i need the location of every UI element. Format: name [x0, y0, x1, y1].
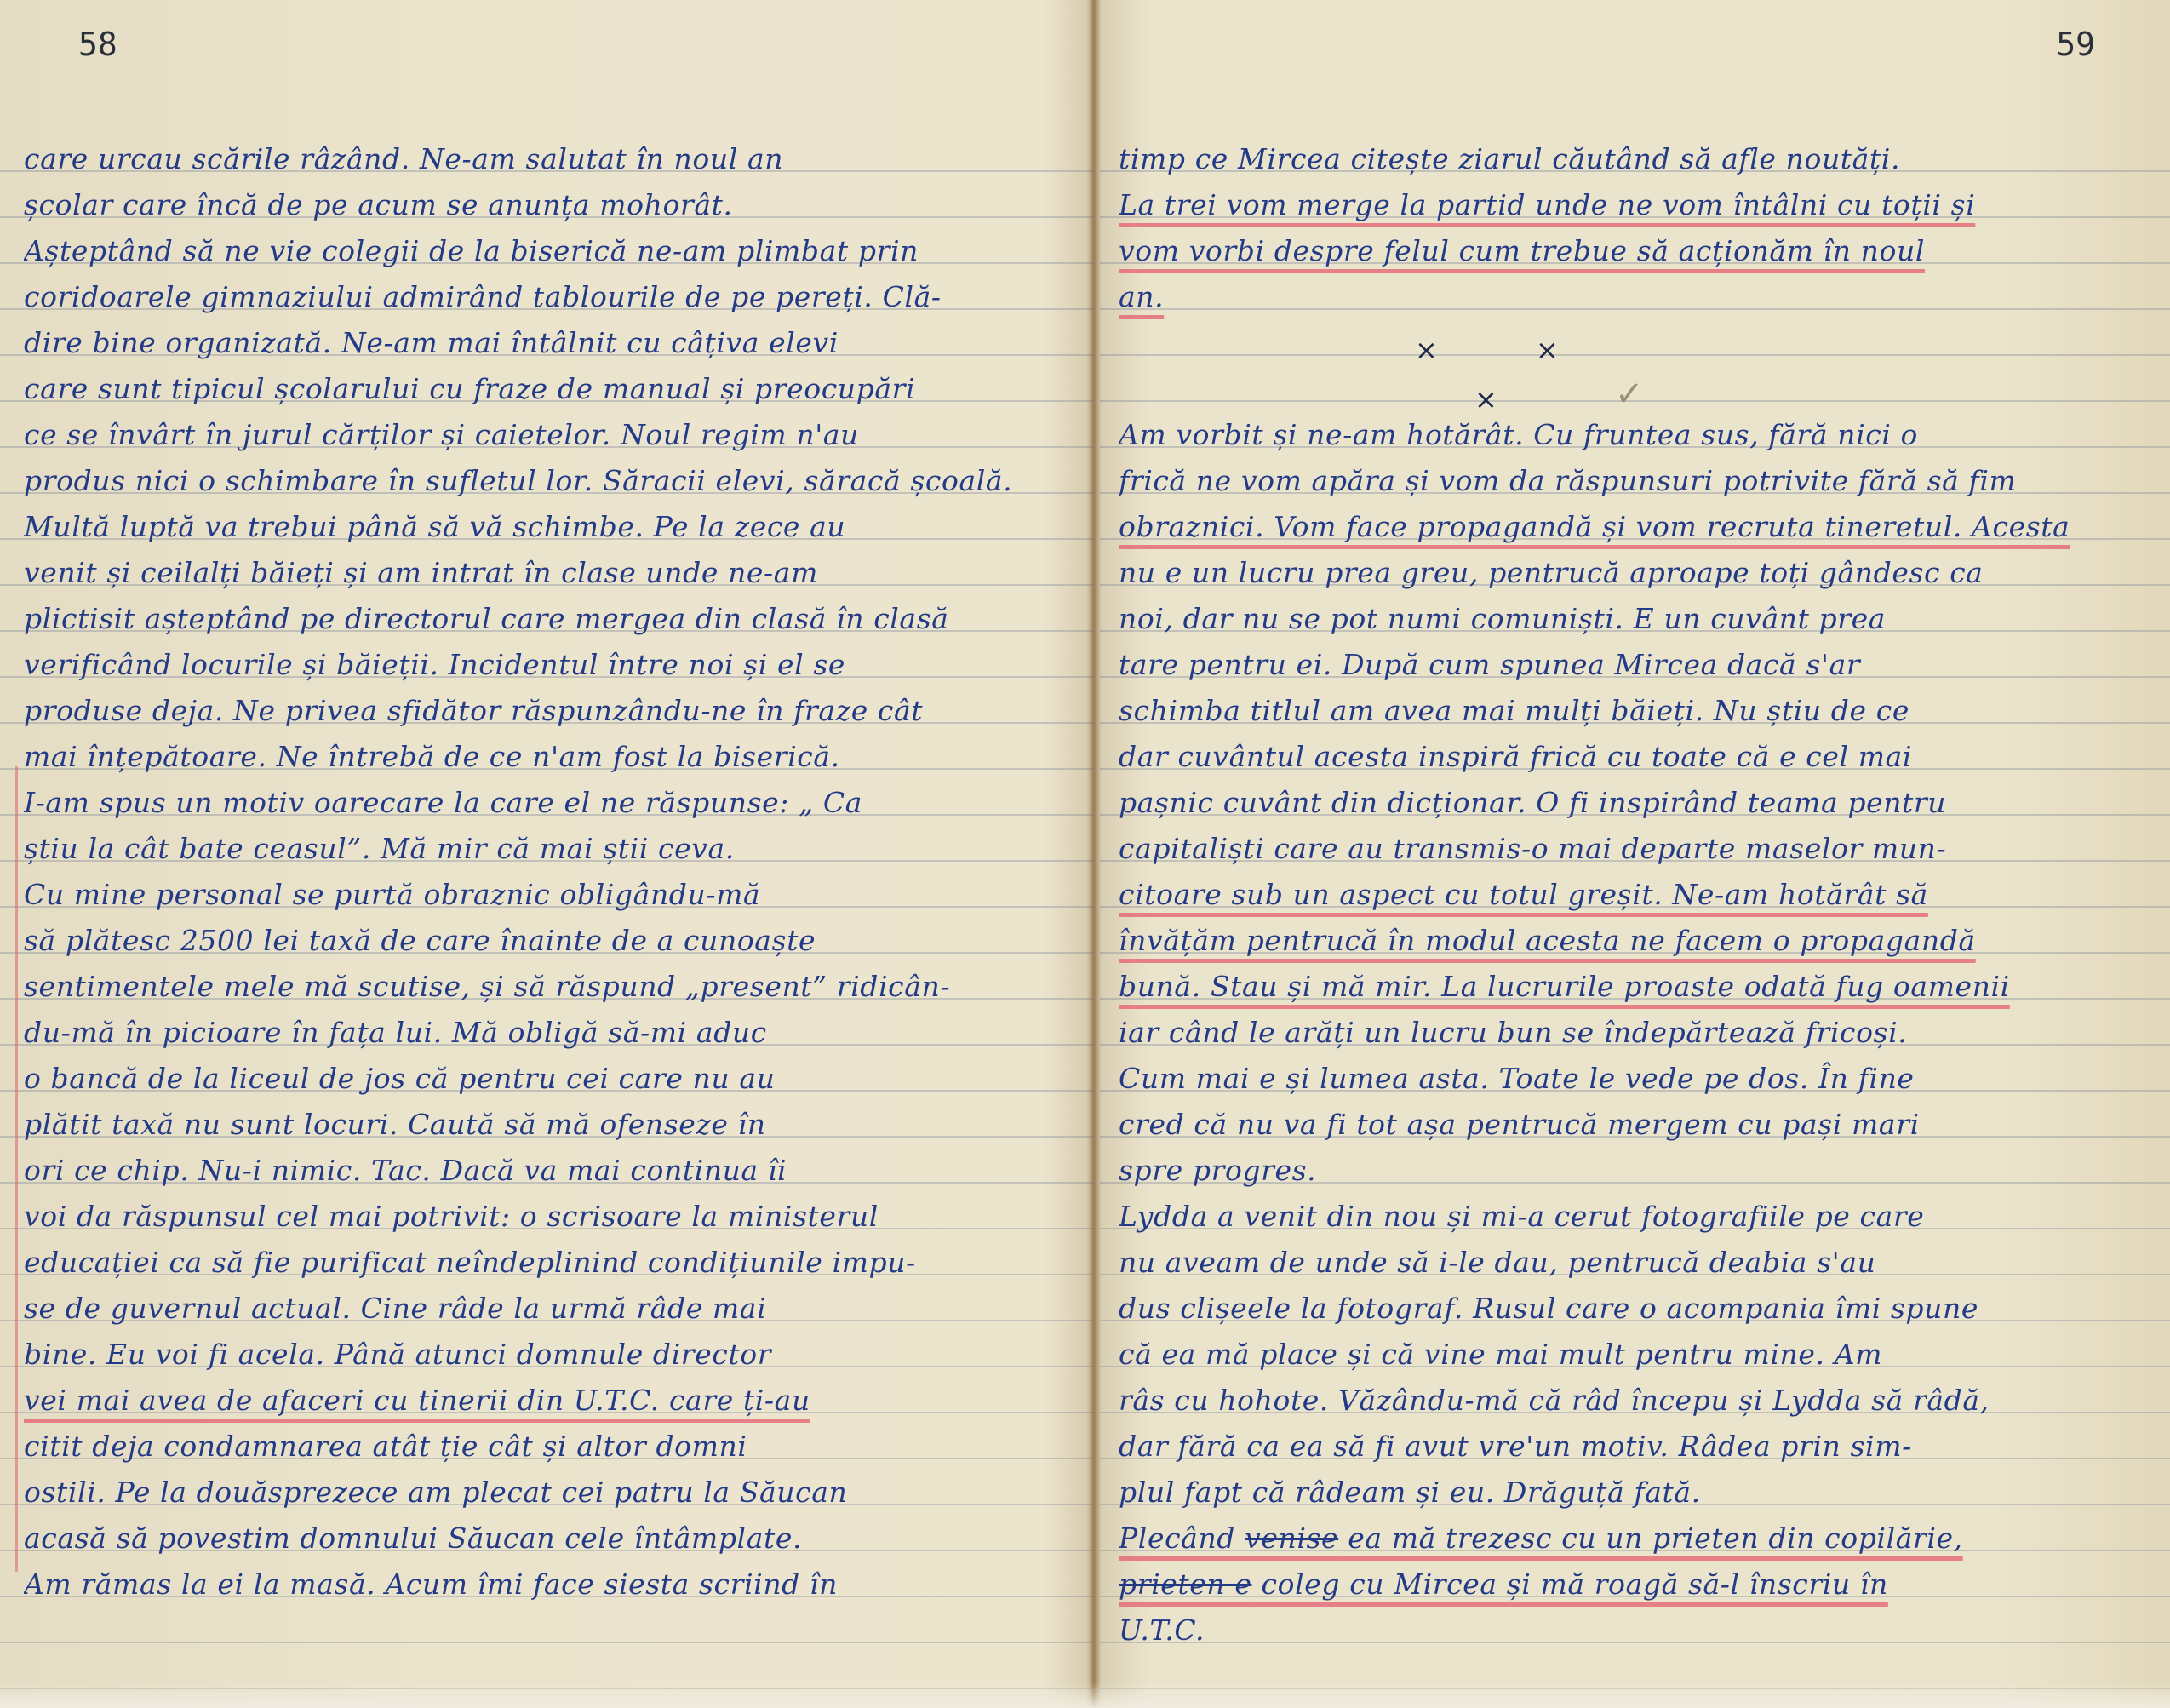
line-text: dus clișeele la fotograf. Rusul care o a…: [1119, 1292, 1978, 1325]
line-text: venit și ceilalți băieți și am intrat în…: [24, 556, 818, 589]
text-line: citit deja condamnarea atât ție cât și a…: [24, 1424, 1068, 1470]
line-text: bine. Eu voi fi acela. Până atunci domnu…: [24, 1338, 771, 1371]
line-text: nu aveam de unde să i-le dau, pentrucă d…: [1119, 1246, 1875, 1279]
text-line: dus clișeele la fotograf. Rusul care o a…: [1119, 1286, 2139, 1332]
line-text: obraznici. Vom face propagandă și vom re…: [1119, 510, 2070, 543]
text-line: se de guvernul actual. Cine râde la urmă…: [24, 1286, 1068, 1332]
line-text: sentimentele mele mă scutise, și să răsp…: [24, 970, 950, 1003]
text-line: râs cu hohote. Văzându-mă că râd începu …: [1119, 1378, 2139, 1424]
page-number: 58: [78, 26, 117, 63]
line-text: plictisit așteptând pe directorul care m…: [24, 602, 949, 635]
text-line: învățăm pentrucă în modul acesta ne face…: [1119, 918, 2139, 964]
line-text: învățăm pentrucă în modul acesta ne face…: [1119, 924, 1976, 957]
line-text: ce se învârt în jurul cărților și caiete…: [24, 418, 859, 451]
text-line: produse deja. Ne privea sfidător răspunz…: [24, 688, 1068, 734]
line-text: bună. Stau și mă mir. La lucrurile proas…: [1119, 970, 2010, 1003]
text-line: bună. Stau și mă mir. La lucrurile proas…: [1119, 964, 2139, 1010]
checkmark-icon: ✓: [1615, 375, 1644, 414]
text-line: Plecând venise ea mă trezesc cu un priet…: [1119, 1516, 2139, 1562]
line-text: U.T.C.: [1119, 1613, 1205, 1647]
line-text: educației ca să fie purificat neîndeplin…: [24, 1246, 916, 1279]
text-line: prieten e coleg cu Mircea și mă roagă să…: [1119, 1562, 2139, 1608]
struck-word: prieten e: [1119, 1568, 1251, 1601]
left-page: 58 care urcau scările râzând. Ne-am salu…: [0, 0, 1094, 1708]
line-text: să plătesc 2500 lei taxă de care înainte…: [24, 924, 816, 957]
text-line: școlar care încă de pe acum se anunța mo…: [24, 182, 1068, 228]
text-line: Lydda a venit din nou și mi-a cerut foto…: [1119, 1194, 2139, 1240]
separator-mark: ×: [1474, 383, 1497, 416]
text-line: că ea mă place și că vine mai mult pentr…: [1119, 1332, 2139, 1378]
text-line: verificând locurile și băieții. Incident…: [24, 642, 1068, 688]
text-line: dire bine organizată. Ne-am mai întâlnit…: [24, 320, 1068, 366]
text-line: obraznici. Vom face propagandă și vom re…: [1119, 504, 2139, 550]
text-line: capitaliști care au transmis-o mai depar…: [1119, 826, 2139, 872]
line-text: Plecând venise ea mă trezesc cu un priet…: [1119, 1522, 1963, 1555]
line-text: pașnic cuvânt din dicționar. O fi inspir…: [1119, 786, 1946, 819]
line-text: iar când le arăți un lucru bun se îndepă…: [1119, 1016, 1907, 1049]
line-text: plul fapt că râdeam și eu. Drăguță fată.: [1119, 1476, 1701, 1509]
text-line: bine. Eu voi fi acela. Până atunci domnu…: [24, 1332, 1068, 1378]
line-text: mai înțepătoare. Ne întrebă de ce n'am f…: [24, 740, 840, 773]
line-text: ostili. Pe la douăsprezece am plecat cei…: [24, 1476, 847, 1509]
text-line: Am vorbit și ne-am hotărât. Cu fruntea s…: [1119, 412, 2139, 458]
line-text: Am rămas la ei la masă. Acum îmi face si…: [24, 1568, 838, 1601]
handwritten-text: timp ce Mircea citește ziarul căutând să…: [1119, 136, 2139, 1654]
line-text: spre progres.: [1119, 1154, 1316, 1187]
text-line: Așteptând să ne vie colegii de la biseri…: [24, 228, 1068, 274]
line-text: du-mă în picioare în fața lui. Mă obligă…: [24, 1016, 767, 1049]
line-text: Multă luptă va trebui până să vă schimbe…: [24, 510, 845, 543]
text-line: dar cuvântul acesta inspiră frică cu toa…: [1119, 734, 2139, 780]
text-line: timp ce Mircea citește ziarul căutând să…: [1119, 136, 2139, 182]
line-text: verificând locurile și băieții. Incident…: [24, 648, 845, 681]
text-line: acasă să povestim domnului Săucan cele î…: [24, 1516, 1068, 1562]
text-line: Am rămas la ei la masă. Acum îmi face si…: [24, 1562, 1068, 1608]
text-line: venit și ceilalți băieți și am intrat în…: [24, 550, 1068, 596]
text-line: [1119, 320, 2139, 366]
line-text: o bancă de la liceul de jos că pentru ce…: [24, 1062, 775, 1095]
text-line: mai înțepătoare. Ne întrebă de ce n'am f…: [24, 734, 1068, 780]
text-line: care urcau scările râzând. Ne-am salutat…: [24, 136, 1068, 182]
text-line: sentimentele mele mă scutise, și să răsp…: [24, 964, 1068, 1010]
text-line: La trei vom merge la partid unde ne vom …: [1119, 182, 2139, 228]
text-line: vei mai avea de afaceri cu tinerii din U…: [24, 1378, 1068, 1424]
text-line: pașnic cuvânt din dicționar. O fi inspir…: [1119, 780, 2139, 826]
line-text: nu e un lucru prea greu, pentrucă aproap…: [1119, 556, 1984, 589]
line-text: citit deja condamnarea atât ție cât și a…: [24, 1430, 747, 1463]
line-text: citoare sub un aspect cu totul greșit. N…: [1119, 878, 1928, 911]
line-text: se de guvernul actual. Cine râde la urmă…: [24, 1292, 766, 1325]
line-text: că ea mă place și că vine mai mult pentr…: [1119, 1338, 1882, 1371]
text-line: I-am spus un motiv oarecare la care el n…: [24, 780, 1068, 826]
text-line: tare pentru ei. După cum spunea Mircea d…: [1119, 642, 2139, 688]
page-bottom-edge: [0, 1682, 2170, 1708]
line-text: I-am spus un motiv oarecare la care el n…: [24, 786, 862, 819]
line-text: coridoarele gimnaziului admirând tablour…: [24, 280, 942, 313]
margin-line: [15, 766, 18, 1572]
separator-mark: ×: [1536, 334, 1559, 366]
line-text: capitaliști care au transmis-o mai depar…: [1119, 832, 1946, 865]
text-line: dar fără ca ea să fi avut vre'un motiv. …: [1119, 1424, 2139, 1470]
line-text: La trei vom merge la partid unde ne vom …: [1119, 188, 1975, 221]
line-text: școlar care încă de pe acum se anunța mo…: [24, 188, 733, 221]
line-text: timp ce Mircea citește ziarul căutând să…: [1119, 142, 1900, 175]
text-line: Cum mai e și lumea asta. Toate le vede p…: [1119, 1056, 2139, 1102]
line-text: produs nici o schimbare în sufletul lor.…: [24, 464, 1012, 497]
line-text: râs cu hohote. Văzându-mă că râd începu …: [1119, 1384, 1990, 1417]
text-line: să plătesc 2500 lei taxă de care înainte…: [24, 918, 1068, 964]
text-line: Cu mine personal se purtă obraznic oblig…: [24, 872, 1068, 918]
notebook-spread: 58 care urcau scările râzând. Ne-am salu…: [0, 0, 2170, 1708]
line-text: voi da răspunsul cel mai potrivit: o scr…: [24, 1200, 879, 1233]
text-line: produs nici o schimbare în sufletul lor.…: [24, 458, 1068, 504]
line-text: Lydda a venit din nou și mi-a cerut foto…: [1119, 1200, 1924, 1233]
line-text: dar cuvântul acesta inspiră frică cu toa…: [1119, 740, 1912, 773]
text-line: plătit taxă nu sunt locuri. Caută să mă …: [24, 1102, 1068, 1148]
line-text: Cum mai e și lumea asta. Toate le vede p…: [1119, 1062, 1915, 1095]
line-text: ori ce chip. Nu-i nimic. Tac. Dacă va ma…: [24, 1154, 787, 1187]
line-text: frică ne vom apăra și vom da răspunsuri …: [1119, 464, 2016, 497]
text-line: frică ne vom apăra și vom da răspunsuri …: [1119, 458, 2139, 504]
handwritten-text: care urcau scările râzând. Ne-am salutat…: [24, 136, 1068, 1608]
line-text: vei mai avea de afaceri cu tinerii din U…: [24, 1384, 810, 1417]
text-line: plul fapt că râdeam și eu. Drăguță fată.: [1119, 1470, 2139, 1516]
right-page: 59 timp ce Mircea citește ziarul căutând…: [1100, 0, 2170, 1708]
text-line: nu e un lucru prea greu, pentrucă aproap…: [1119, 550, 2139, 596]
line-text: produse deja. Ne privea sfidător răspunz…: [24, 694, 923, 727]
line-text: schimba titlul am avea mai mulți băieți.…: [1119, 694, 1909, 727]
text-line: voi da răspunsul cel mai potrivit: o scr…: [24, 1194, 1068, 1240]
struck-word: venise: [1245, 1522, 1338, 1555]
page-number: 59: [2056, 26, 2095, 63]
line-text: acasă să povestim domnului Săucan cele î…: [24, 1522, 802, 1555]
text-line: iar când le arăți un lucru bun se îndepă…: [1119, 1010, 2139, 1056]
text-line: coridoarele gimnaziului admirând tablour…: [24, 274, 1068, 320]
line-text: cred că nu va fi tot așa pentrucă mergem…: [1119, 1108, 1920, 1141]
text-line: plictisit așteptând pe directorul care m…: [24, 596, 1068, 642]
line-text: Cu mine personal se purtă obraznic oblig…: [24, 878, 760, 911]
line-text: dire bine organizată. Ne-am mai întâlnit…: [24, 326, 839, 359]
text-line: Multă luptă va trebui până să vă schimbe…: [24, 504, 1068, 550]
line-text: dar fără ca ea să fi avut vre'un motiv. …: [1119, 1430, 1912, 1463]
text-line: cred că nu va fi tot așa pentrucă mergem…: [1119, 1102, 2139, 1148]
line-text: plătit taxă nu sunt locuri. Caută să mă …: [24, 1108, 766, 1141]
line-text: an.: [1119, 280, 1164, 313]
line-text: tare pentru ei. După cum spunea Mircea d…: [1119, 648, 1860, 681]
text-line: noi, dar nu se pot numi comuniști. E un …: [1119, 596, 2139, 642]
line-text: care sunt tipicul școlarului cu fraze de…: [24, 372, 915, 405]
text-line: spre progres.: [1119, 1148, 2139, 1194]
line-text: știu la cât bate ceasul”. Mă mir că mai …: [24, 832, 735, 865]
text-line: schimba titlul am avea mai mulți băieți.…: [1119, 688, 2139, 734]
text-line: ostili. Pe la douăsprezece am plecat cei…: [24, 1470, 1068, 1516]
line-text: prieten e coleg cu Mircea și mă roagă să…: [1119, 1568, 1888, 1601]
text-line: o bancă de la liceul de jos că pentru ce…: [24, 1056, 1068, 1102]
text-line: an.: [1119, 274, 2139, 320]
text-line: educației ca să fie purificat neîndeplin…: [24, 1240, 1068, 1286]
line-text: Am vorbit și ne-am hotărât. Cu fruntea s…: [1119, 418, 1918, 451]
text-line: citoare sub un aspect cu totul greșit. N…: [1119, 872, 2139, 918]
text-line: U.T.C.: [1119, 1608, 2139, 1654]
text-line: ce se învârt în jurul cărților și caiete…: [24, 412, 1068, 458]
line-text: care urcau scările râzând. Ne-am salutat…: [24, 142, 783, 175]
text-line: du-mă în picioare în fața lui. Mă obligă…: [24, 1010, 1068, 1056]
text-line: știu la cât bate ceasul”. Mă mir că mai …: [24, 826, 1068, 872]
line-text: Așteptând să ne vie colegii de la biseri…: [24, 234, 919, 267]
text-line: vom vorbi despre felul cum trebue să acț…: [1119, 228, 2139, 274]
line-text: vom vorbi despre felul cum trebue să acț…: [1119, 234, 1925, 267]
text-line: nu aveam de unde să i-le dau, pentrucă d…: [1119, 1240, 2139, 1286]
line-text: noi, dar nu se pot numi comuniști. E un …: [1119, 602, 1886, 635]
text-line: care sunt tipicul școlarului cu fraze de…: [24, 366, 1068, 412]
separator-mark: ×: [1415, 334, 1438, 366]
text-line: ori ce chip. Nu-i nimic. Tac. Dacă va ma…: [24, 1148, 1068, 1194]
